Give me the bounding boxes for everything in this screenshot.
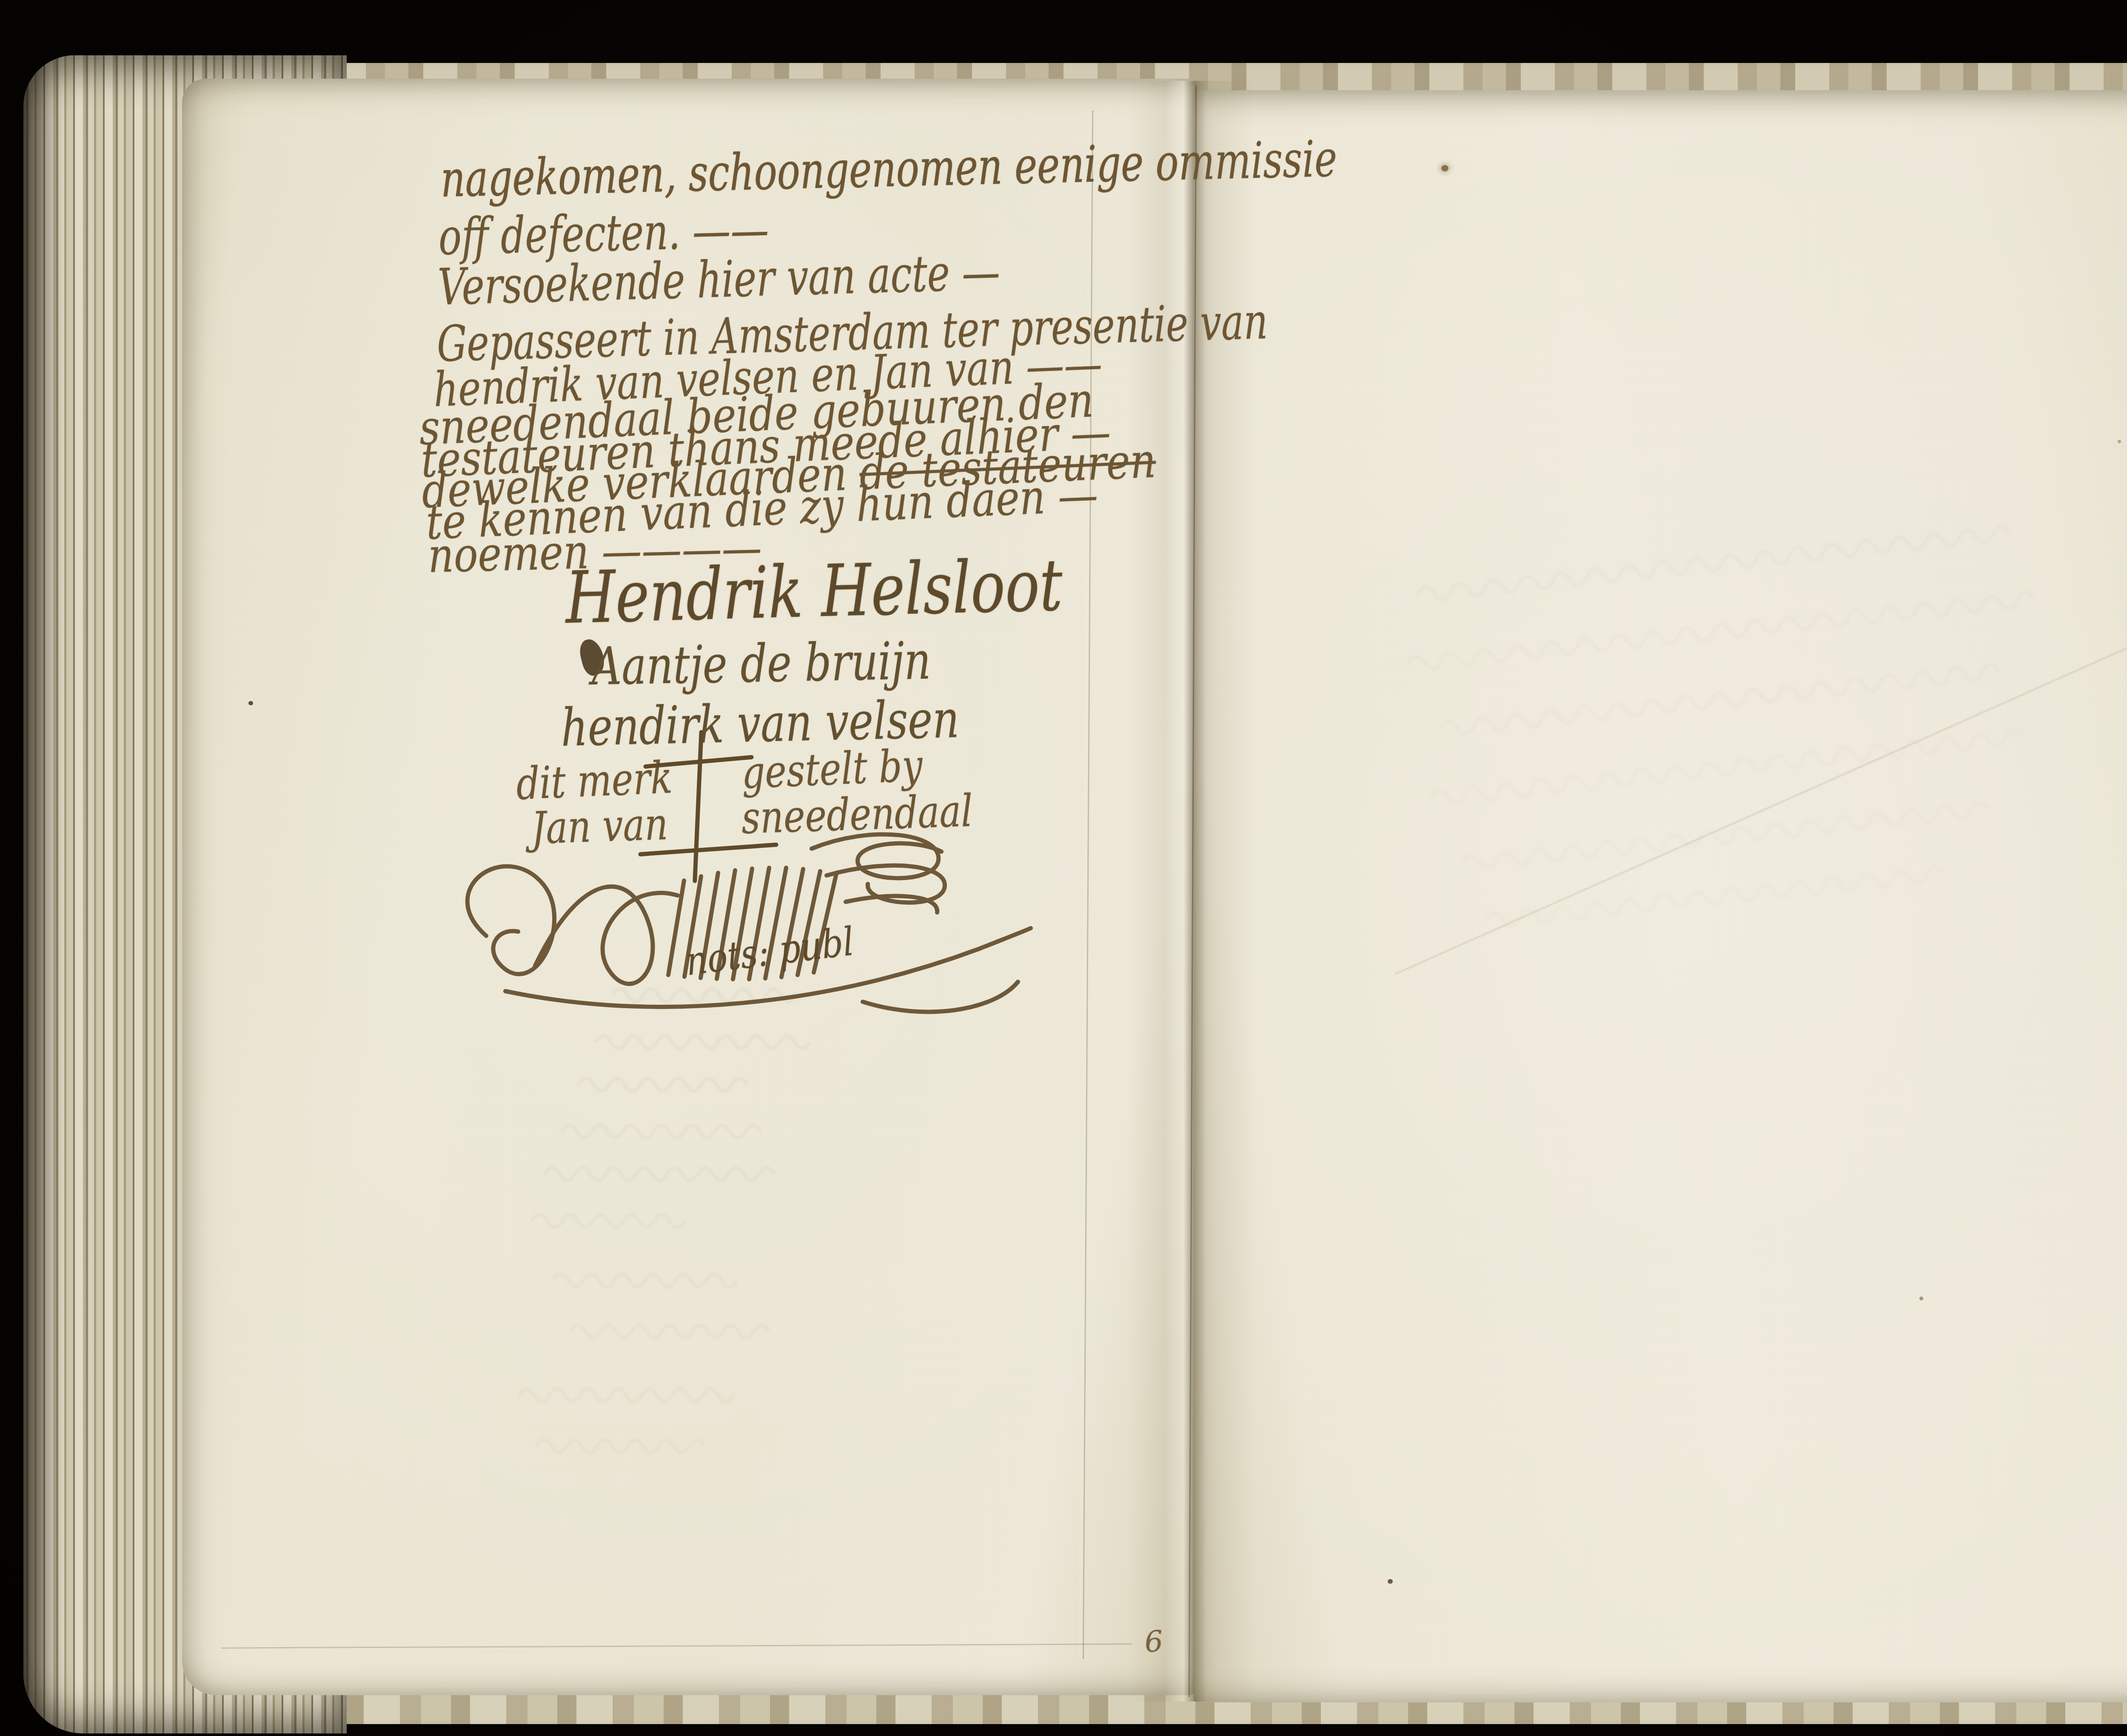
show-through-ghost-writing [468, 970, 1132, 1514]
fox-spot [248, 701, 253, 705]
page-number: 6 [1143, 1625, 1164, 1659]
witness-signature: Aantje de bruijn [591, 630, 931, 697]
fox-spot [1919, 1297, 1923, 1300]
notary-signature-flourish [446, 821, 1050, 1021]
fox-spot [2118, 440, 2121, 443]
witness-signature: Hendrik Helsloot [565, 543, 1063, 640]
ink-offset-ghost [1363, 491, 2125, 972]
fox-spot [1388, 1579, 1393, 1584]
archival-book-photograph: { "colors": { "background": "#070503", "… [0, 0, 2127, 1736]
fox-spot [1441, 165, 1448, 171]
